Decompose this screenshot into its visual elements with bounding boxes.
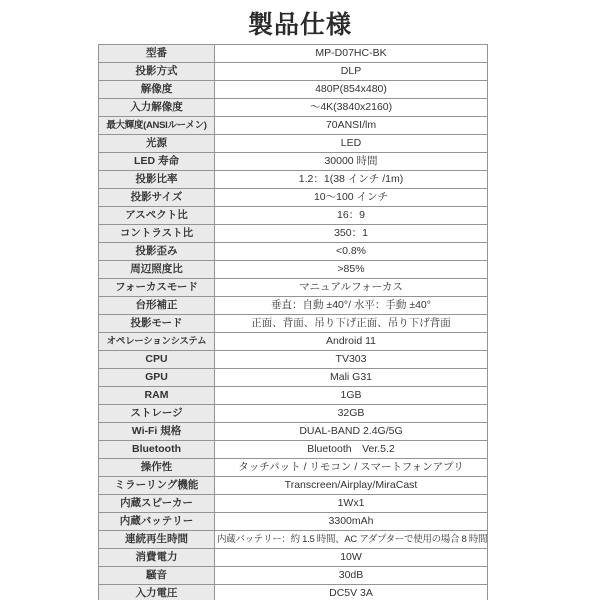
- spec-value: 正面、背面、吊り下げ正面、吊り下げ背面: [215, 315, 488, 333]
- table-row: Wi-Fi 規格DUAL-BAND 2.4G/5G: [99, 423, 488, 441]
- spec-label: Bluetooth: [99, 441, 215, 459]
- table-row: 光源LED: [99, 135, 488, 153]
- table-row: BluetoothBluetooth Ver.5.2: [99, 441, 488, 459]
- spec-value: >85%: [215, 261, 488, 279]
- spec-label: 周辺照度比: [99, 261, 215, 279]
- spec-value: 1GB: [215, 387, 488, 405]
- spec-value: 1Wx1: [215, 495, 488, 513]
- table-row: 解像度480P(854x480): [99, 81, 488, 99]
- table-row: 連続再生時間内蔵バッテリー：約 1.5 時間、AC アダプターで使用の場合 8 …: [99, 531, 488, 549]
- spec-label: 投影方式: [99, 63, 215, 81]
- spec-label: 連続再生時間: [99, 531, 215, 549]
- table-row: 台形補正垂直：自動 ±40°/ 水平：手動 ±40°: [99, 297, 488, 315]
- spec-value: 内蔵バッテリー：約 1.5 時間、AC アダプターで使用の場合 8 時間まで: [215, 531, 488, 549]
- spec-value: 10～100 インチ: [215, 189, 488, 207]
- spec-label: 内蔵バッテリー: [99, 513, 215, 531]
- spec-value: 350：1: [215, 225, 488, 243]
- table-row: LED 寿命30000 時間: [99, 153, 488, 171]
- table-row: CPUTV303: [99, 351, 488, 369]
- table-row: 投影歪み<0.8%: [99, 243, 488, 261]
- spec-value: Android 11: [215, 333, 488, 351]
- table-row: 型番MP-D07HC-BK: [99, 45, 488, 63]
- spec-value: DC5V 3A: [215, 585, 488, 600]
- spec-value: <0.8%: [215, 243, 488, 261]
- table-row: ストレージ32GB: [99, 405, 488, 423]
- table-row: コントラスト比350：1: [99, 225, 488, 243]
- spec-value: ～4K(3840x2160): [215, 99, 488, 117]
- spec-label: 最大輝度(ANSIルーメン): [99, 117, 215, 135]
- spec-value: DLP: [215, 63, 488, 81]
- spec-value: Mali G31: [215, 369, 488, 387]
- table-row: 投影方式DLP: [99, 63, 488, 81]
- spec-label: LED 寿命: [99, 153, 215, 171]
- spec-value: Bluetooth Ver.5.2: [215, 441, 488, 459]
- spec-value: 16：9: [215, 207, 488, 225]
- table-row: アスペクト比16：9: [99, 207, 488, 225]
- spec-value: 32GB: [215, 405, 488, 423]
- spec-label: 投影比率: [99, 171, 215, 189]
- spec-value: LED: [215, 135, 488, 153]
- spec-label: 内蔵スピーカー: [99, 495, 215, 513]
- spec-label: フォーカスモード: [99, 279, 215, 297]
- spec-label: RAM: [99, 387, 215, 405]
- table-row: ミラーリング機能Transcreen/Airplay/MiraCast: [99, 477, 488, 495]
- spec-value: 3300mAh: [215, 513, 488, 531]
- spec-label: CPU: [99, 351, 215, 369]
- table-row: GPUMali G31: [99, 369, 488, 387]
- spec-value: Transcreen/Airplay/MiraCast: [215, 477, 488, 495]
- table-row: 入力解像度～4K(3840x2160): [99, 99, 488, 117]
- spec-label: オペレーションシステム: [99, 333, 215, 351]
- spec-value: TV303: [215, 351, 488, 369]
- table-row: 周辺照度比>85%: [99, 261, 488, 279]
- spec-value: 1.2：1(38 インチ /1m): [215, 171, 488, 189]
- spec-table: 型番MP-D07HC-BK投影方式DLP解像度480P(854x480)入力解像…: [98, 44, 488, 600]
- table-row: 投影比率1.2：1(38 インチ /1m): [99, 171, 488, 189]
- spec-value: マニュアルフォーカス: [215, 279, 488, 297]
- spec-label: アスペクト比: [99, 207, 215, 225]
- table-row: 消費電力10W: [99, 549, 488, 567]
- spec-label: 型番: [99, 45, 215, 63]
- table-row: フォーカスモードマニュアルフォーカス: [99, 279, 488, 297]
- table-row: 最大輝度(ANSIルーメン)70ANSI/lm: [99, 117, 488, 135]
- table-row: 投影サイズ10～100 インチ: [99, 189, 488, 207]
- spec-value: DUAL-BAND 2.4G/5G: [215, 423, 488, 441]
- spec-value: 70ANSI/lm: [215, 117, 488, 135]
- spec-label: 投影歪み: [99, 243, 215, 261]
- spec-label: 騒音: [99, 567, 215, 585]
- spec-value: 480P(854x480): [215, 81, 488, 99]
- table-row: RAM1GB: [99, 387, 488, 405]
- spec-label: 台形補正: [99, 297, 215, 315]
- table-row: 騒音30dB: [99, 567, 488, 585]
- spec-value: 10W: [215, 549, 488, 567]
- spec-label: 光源: [99, 135, 215, 153]
- spec-label: 入力電圧: [99, 585, 215, 600]
- table-row: 内蔵スピーカー1Wx1: [99, 495, 488, 513]
- page-title: 製品仕様: [0, 8, 600, 42]
- spec-label: 投影サイズ: [99, 189, 215, 207]
- spec-label: 消費電力: [99, 549, 215, 567]
- spec-label: Wi-Fi 規格: [99, 423, 215, 441]
- table-row: 入力電圧DC5V 3A: [99, 585, 488, 600]
- spec-label: 解像度: [99, 81, 215, 99]
- spec-label: 入力解像度: [99, 99, 215, 117]
- table-row: 内蔵バッテリー3300mAh: [99, 513, 488, 531]
- spec-table-body: 型番MP-D07HC-BK投影方式DLP解像度480P(854x480)入力解像…: [99, 45, 488, 600]
- spec-label: コントラスト比: [99, 225, 215, 243]
- spec-label: GPU: [99, 369, 215, 387]
- spec-label: 投影モード: [99, 315, 215, 333]
- spec-value: 30000 時間: [215, 153, 488, 171]
- spec-label: ストレージ: [99, 405, 215, 423]
- spec-value: MP-D07HC-BK: [215, 45, 488, 63]
- spec-label: 操作性: [99, 459, 215, 477]
- table-row: 投影モード正面、背面、吊り下げ正面、吊り下げ背面: [99, 315, 488, 333]
- table-row: オペレーションシステムAndroid 11: [99, 333, 488, 351]
- spec-value: タッチパット / リモコン / スマートフォンアプリ: [215, 459, 488, 477]
- spec-value: 30dB: [215, 567, 488, 585]
- spec-value: 垂直：自動 ±40°/ 水平：手動 ±40°: [215, 297, 488, 315]
- table-row: 操作性タッチパット / リモコン / スマートフォンアプリ: [99, 459, 488, 477]
- spec-label: ミラーリング機能: [99, 477, 215, 495]
